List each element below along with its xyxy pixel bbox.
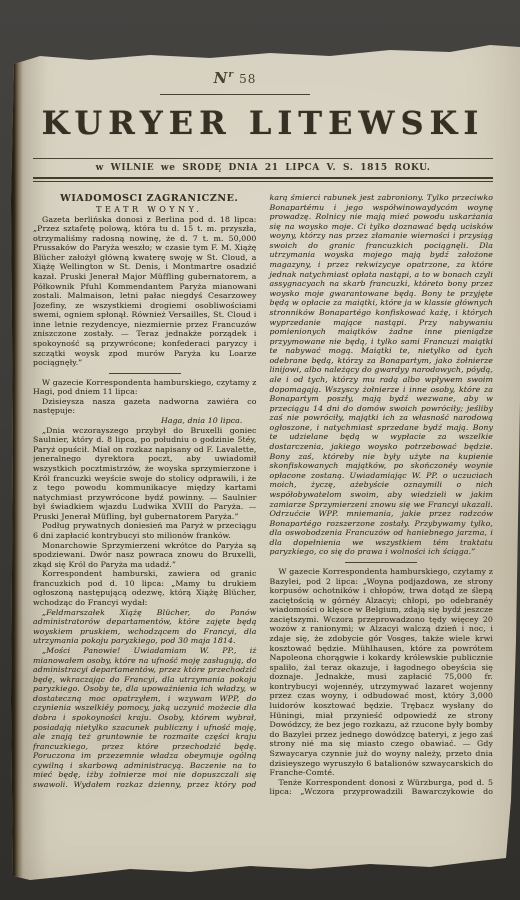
page-content: Nr58 KURYER LITEWSKI w WILNIE we SRODĘ D… (33, 62, 493, 798)
article-paragraph: Podług prywatnych doniesień ma Paryż w p… (33, 521, 257, 540)
issue-number: 58 (239, 72, 256, 86)
article-paragraph: Monarchowie Sprzymierzeni wkrótce do Par… (33, 541, 257, 570)
issue-label: Nr (214, 69, 234, 87)
article-paragraph: „Dnia wczorayszego przybył do Bruxelli g… (33, 426, 257, 522)
issue-label-superscript: r (228, 70, 234, 80)
place-date-line: Haga, dnia 10 lipca. (33, 416, 257, 426)
scanner-background: { "colors":{"paper":"#d7d1c1","ink":"#3b… (0, 0, 520, 900)
article-paragraph: Dzisieysza nasza gazeta nadworna zawiéra… (33, 397, 257, 416)
section-divider (345, 562, 417, 563)
masthead-rule-top (33, 158, 493, 159)
article-paragraph: „Feldmarszałek Xiążę Blücher, do Panów a… (33, 608, 257, 646)
publication-dateline: w WILNIE we SRODĘ DNIA 21 LIPCA V. S. 18… (33, 163, 493, 173)
masthead-rule-bottom (33, 177, 493, 182)
masthead-title: KURYER LITEWSKI (33, 104, 493, 142)
section-heading: WIADOMOŚCI ZAGRANICZNE. (33, 193, 257, 205)
issue-number-line: Nr58 (5, 69, 465, 87)
section-divider (109, 373, 181, 374)
subsection-heading: TEATR WOYNY. (33, 205, 257, 215)
article-paragraph: W gazecie Korrespondenta hamburskiego, c… (33, 378, 257, 397)
article-paragraph: W gazecie Korrespondenta hamburskiego, c… (270, 567, 494, 778)
newspaper-page: Nr58 KURYER LITEWSKI w WILNIE we SRODĘ D… (0, 0, 520, 900)
article-paragraph: Gazeta berlińska donosi z Berlina pod d.… (33, 215, 257, 368)
issue-rule (160, 94, 310, 95)
article-columns: WIADOMOŚCI ZAGRANICZNE. TEATR WOYNY. Gaz… (33, 193, 493, 798)
article-paragraph: Korrespondent hamburski, zawiera od gran… (33, 569, 257, 607)
